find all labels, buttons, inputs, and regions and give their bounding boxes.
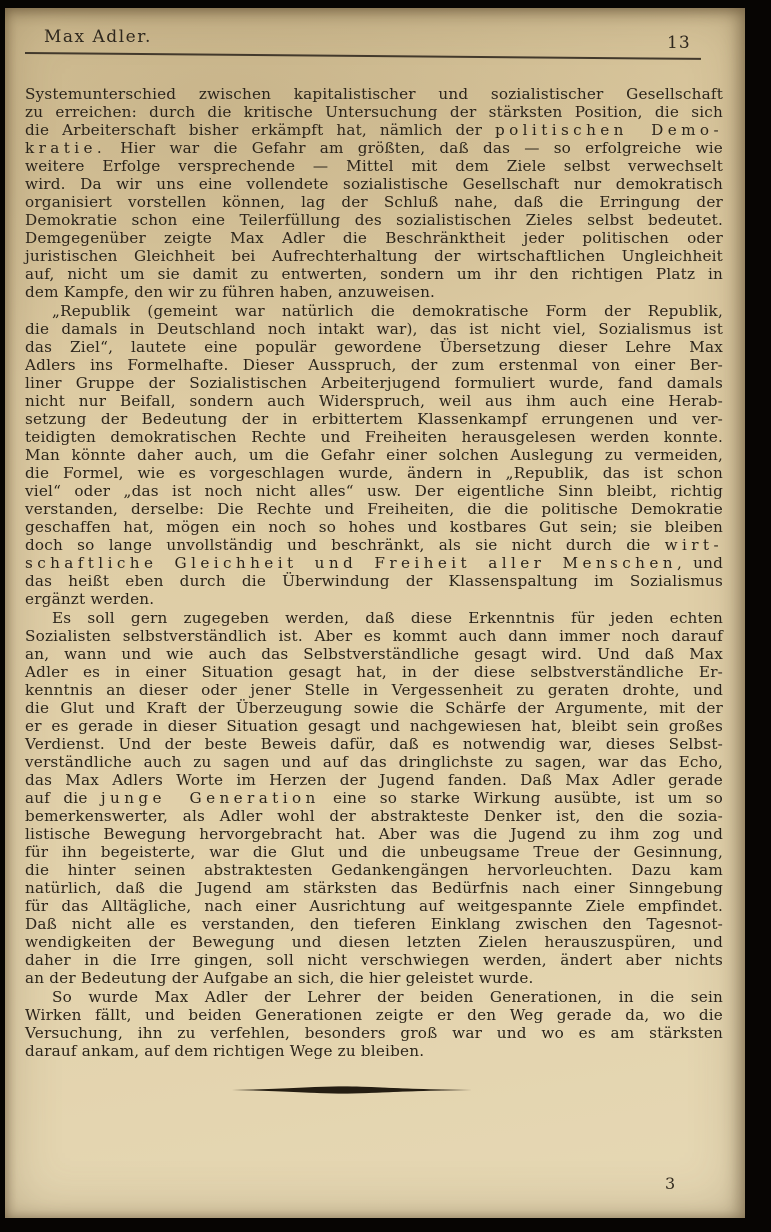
text-segment: Systemunterschied zwischen kapitalistisc… (25, 85, 723, 103)
text-line: zu erreichen: durch die kritische Unters… (25, 103, 723, 121)
text-segment: auf, nicht um sie damit zu entwerten, so… (25, 265, 723, 283)
text-line: listische Bewegung hervorgebracht hat. A… (25, 825, 723, 843)
text-line: Systemunterschied zwischen kapitalistisc… (25, 85, 723, 103)
letterspaced-emphasis: kratie. (25, 139, 106, 157)
text-segment: dem Kampfe, den wir zu führen haben, anz… (25, 283, 435, 301)
text-line: daher in die Irre gingen, soll nicht ver… (25, 951, 723, 969)
text-segment: eine so starke Wirkung ausübte, ist um s… (320, 789, 723, 807)
book-page-scan: Max Adler. 13 Systemunterschied zwischen… (5, 8, 745, 1218)
text-line: er es gerade in dieser Situation gesagt … (25, 717, 723, 735)
text-segment: auf die (25, 789, 101, 807)
text-segment: nicht nur Beifall, sondern auch Widerspr… (25, 392, 723, 410)
text-segment: wendigkeiten der Bewegung und diesen let… (25, 933, 723, 951)
text-line: Es soll gern zugegeben werden, daß diese… (25, 609, 723, 627)
text-segment: die Glut und Kraft der Überzeugung sowie… (25, 699, 723, 717)
text-segment: Daß nicht alle es verstanden, den tiefer… (25, 915, 723, 933)
text-line: kratie. Hier war die Gefahr am größten, … (25, 139, 723, 157)
text-segment: das heißt eben durch die Überwindung der… (25, 572, 723, 590)
text-line: die damals in Deutschland noch intakt wa… (25, 320, 723, 338)
text-line: Versuchung, ihn zu verfehlen, besonders … (25, 1024, 723, 1042)
text-line: Daß nicht alle es verstanden, den tiefer… (25, 915, 723, 933)
text-line: das Max Adlers Worte im Herzen der Jugen… (25, 771, 723, 789)
text-line: schaftliche Gleichheit und Freiheit alle… (25, 554, 723, 572)
text-segment: an, wann und wie auch das Selbstverständ… (25, 645, 723, 663)
text-segment: die hinter seinen abstraktesten Gedanken… (25, 861, 723, 879)
text-line: an, wann und wie auch das Selbstverständ… (25, 645, 723, 663)
text-segment: Demokratie schon eine Teilerfüllung des … (25, 211, 723, 229)
text-line: für ihn begeisterte, war die Glut und di… (25, 843, 723, 861)
text-segment: Sozialisten selbstverständlich ist. Aber… (25, 627, 723, 645)
text-line: Man könnte daher auch, um die Gefahr ein… (25, 446, 723, 464)
text-line: bemerkenswerter, als Adler wohl der abst… (25, 807, 723, 825)
text-line: liner Gruppe der Sozialistischen Arbeite… (25, 374, 723, 392)
letterspaced-emphasis: politischen Demo- (495, 121, 723, 139)
text-line: auf die junge Generation eine so starke … (25, 789, 723, 807)
text-line: juristischen Gleichheit bei Aufrechterha… (25, 247, 723, 265)
text-line: Adler es in einer Situation gesagt hat, … (25, 663, 723, 681)
text-line: So wurde Max Adler der Lehrer der beiden… (25, 988, 723, 1006)
running-header-author: Max Adler. (44, 27, 152, 47)
text-line: doch so lange unvollständig und beschrän… (25, 536, 723, 554)
text-line: die Formel, wie es vorgeschlagen wurde, … (25, 464, 723, 482)
tapered-divider-rule (232, 1085, 472, 1095)
text-segment: doch so lange unvollständig und beschrän… (25, 536, 665, 554)
text-line: wird. Da wir uns eine vollendete soziali… (25, 175, 723, 193)
text-segment: Adler es in einer Situation gesagt hat, … (25, 663, 723, 681)
text-line: das heißt eben durch die Überwindung der… (25, 572, 723, 590)
text-segment: listische Bewegung hervorgebracht hat. A… (25, 825, 723, 843)
text-line: wendigkeiten der Bewegung und diesen let… (25, 933, 723, 951)
text-line: „Republik (gemeint war natürlich die dem… (25, 302, 723, 320)
text-line: verstanden, derselbe: Die Rechte und Fre… (25, 500, 723, 518)
text-line: die Glut und Kraft der Überzeugung sowie… (25, 699, 723, 717)
text-segment: geschaffen hat, mögen ein noch so hohes … (25, 518, 723, 536)
text-segment: organisiert vorstellen können, lag der S… (25, 193, 723, 211)
text-line: an der Bedeutung der Aufgabe an sich, di… (25, 969, 723, 987)
text-segment: daher in die Irre gingen, soll nicht ver… (25, 951, 723, 969)
text-segment: „Republik (gemeint war natürlich die dem… (52, 302, 723, 320)
text-line: Adlers ins Formelhafte. Dieser Ausspruch… (25, 356, 723, 374)
text-segment: für ihn begeisterte, war die Glut und di… (25, 843, 723, 861)
text-segment: die damals in Deutschland noch intakt wa… (25, 320, 723, 338)
text-line: ergänzt werden. (25, 590, 723, 608)
text-line: Sozialisten selbstverständlich ist. Aber… (25, 627, 723, 645)
text-segment: Adlers ins Formelhafte. Dieser Ausspruch… (25, 356, 723, 374)
text-line: Demgegenüber zeigte Max Adler die Beschr… (25, 229, 723, 247)
text-segment: teidigten demokratischen Rechte und Frei… (25, 428, 723, 446)
text-segment: die Formel, wie es vorgeschlagen wurde, … (25, 464, 723, 482)
text-line: dem Kampfe, den wir zu führen haben, anz… (25, 283, 723, 301)
text-segment: Wirken fällt, und beiden Generationen ze… (25, 1006, 723, 1024)
text-line: darauf ankam, auf dem richtigen Wege zu … (25, 1042, 723, 1060)
text-segment: verständliche auch zu sagen und auf das … (25, 753, 723, 771)
letterspaced-emphasis: junge Generation (101, 789, 320, 807)
header-rule (25, 52, 701, 60)
text-segment: Man könnte daher auch, um die Gefahr ein… (25, 446, 723, 464)
text-line: viel“ oder „das ist noch nicht alles“ us… (25, 482, 723, 500)
text-segment: weitere Erfolge versprechende — Mittel m… (25, 157, 723, 175)
text-line: setzung der Bedeutung der in erbittertem… (25, 410, 723, 428)
text-line: das Ziel“, lautete eine populär geworden… (25, 338, 723, 356)
paragraph: Systemunterschied zwischen kapitalistisc… (25, 85, 723, 301)
text-segment: Hier war die Gefahr am größten, daß das … (106, 139, 723, 157)
text-line: teidigten demokratischen Rechte und Frei… (25, 428, 723, 446)
text-block: Systemunterschied zwischen kapitalistisc… (25, 85, 723, 1060)
text-line: für das Alltägliche, nach einer Ausricht… (25, 897, 723, 915)
text-segment: verstanden, derselbe: Die Rechte und Fre… (25, 500, 723, 518)
text-segment: die Arbeiterschaft bisher erkämpft hat, … (25, 121, 495, 139)
text-line: nicht nur Beifall, sondern auch Widerspr… (25, 392, 723, 410)
letterspaced-emphasis: schaftliche Gleichheit und Freiheit alle… (25, 554, 686, 572)
text-segment: und (686, 554, 723, 572)
text-line: auf, nicht um sie damit zu entwerten, so… (25, 265, 723, 283)
text-line: verständliche auch zu sagen und auf das … (25, 753, 723, 771)
text-line: organisiert vorstellen können, lag der S… (25, 193, 723, 211)
letterspaced-emphasis: wirt- (665, 536, 723, 554)
paragraph: Es soll gern zugegeben werden, daß diese… (25, 609, 723, 987)
paragraph: So wurde Max Adler der Lehrer der beiden… (25, 988, 723, 1060)
text-segment: setzung der Bedeutung der in erbittertem… (25, 410, 723, 428)
text-segment: das Max Adlers Worte im Herzen der Jugen… (25, 771, 723, 789)
signature-number: 3 (665, 1174, 675, 1193)
text-segment: ergänzt werden. (25, 590, 154, 608)
page-number-top: 13 (667, 33, 691, 53)
text-line: weitere Erfolge versprechende — Mittel m… (25, 157, 723, 175)
text-segment: Verdienst. Und der beste Beweis dafür, d… (25, 735, 723, 753)
text-segment: das Ziel“, lautete eine populär geworden… (25, 338, 723, 356)
text-segment: liner Gruppe der Sozialistischen Arbeite… (25, 374, 723, 392)
text-line: die hinter seinen abstraktesten Gedanken… (25, 861, 723, 879)
text-line: Demokratie schon eine Teilerfüllung des … (25, 211, 723, 229)
text-line: Verdienst. Und der beste Beweis dafür, d… (25, 735, 723, 753)
text-segment: wird. Da wir uns eine vollendete soziali… (25, 175, 723, 193)
text-line: kenntnis an dieser oder jener Stelle in … (25, 681, 723, 699)
text-segment: Demgegenüber zeigte Max Adler die Beschr… (25, 229, 723, 247)
text-segment: kenntnis an dieser oder jener Stelle in … (25, 681, 723, 699)
text-segment: Es soll gern zugegeben werden, daß diese… (52, 609, 723, 627)
text-segment: So wurde Max Adler der Lehrer der beiden… (52, 988, 723, 1006)
text-line: die Arbeiterschaft bisher erkämpft hat, … (25, 121, 723, 139)
text-line: natürlich, daß die Jugend am stärksten d… (25, 879, 723, 897)
text-line: geschaffen hat, mögen ein noch so hohes … (25, 518, 723, 536)
text-segment: juristischen Gleichheit bei Aufrechterha… (25, 247, 723, 265)
text-line: Wirken fällt, und beiden Generationen ze… (25, 1006, 723, 1024)
text-segment: viel“ oder „das ist noch nicht alles“ us… (25, 482, 723, 500)
text-segment: für das Alltägliche, nach einer Ausricht… (25, 897, 723, 915)
text-segment: Versuchung, ihn zu verfehlen, besonders … (25, 1024, 723, 1042)
paragraph: „Republik (gemeint war natürlich die dem… (25, 302, 723, 608)
text-segment: natürlich, daß die Jugend am stärksten d… (25, 879, 723, 897)
text-segment: bemerkenswerter, als Adler wohl der abst… (25, 807, 723, 825)
text-segment: er es gerade in dieser Situation gesagt … (25, 717, 723, 735)
text-segment: zu erreichen: durch die kritische Unters… (25, 103, 723, 121)
text-segment: an der Bedeutung der Aufgabe an sich, di… (25, 969, 534, 987)
text-segment: darauf ankam, auf dem richtigen Wege zu … (25, 1042, 424, 1060)
